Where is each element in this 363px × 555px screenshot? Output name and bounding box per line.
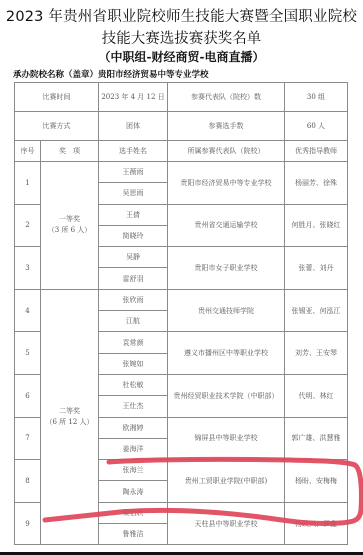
info-row-time: 比赛时间 2023 年 4 月 12 日 参赛代表队（院校）数 30 组 xyxy=(15,83,348,112)
row-no: 9 xyxy=(15,502,41,545)
student-name: 江航 xyxy=(99,311,168,332)
award-count: （6 所 12 人） xyxy=(41,417,98,428)
teams-value: 30 组 xyxy=(285,83,348,112)
col-header-students: 选手姓名 xyxy=(99,141,168,162)
column-header-row: 序号 奖 项 选手姓名 所属参赛代表队（院校） 优秀指导教师 xyxy=(15,141,348,162)
row-no: 4 xyxy=(15,289,41,332)
school-name: 贵州省交通运输学校 xyxy=(168,204,285,247)
col-header-no: 序号 xyxy=(15,141,41,162)
student-name: 欧湘婷 xyxy=(99,417,168,438)
teacher-names: 杨丽芳、徐殊 xyxy=(285,162,348,205)
host-school-label: 承办院校名称（盖章）贵阳市经济贸易中等专业学校 xyxy=(13,68,209,80)
student-name: 吴思雨 xyxy=(99,183,168,204)
players-label: 参赛选手数 xyxy=(168,112,285,141)
mode-value: 团体 xyxy=(99,112,168,141)
award-first-prize: 一等奖 （3 所 6 人） xyxy=(41,162,99,290)
student-name: 袁常颜 xyxy=(99,332,168,353)
student-name: 王仕杰 xyxy=(99,396,168,417)
student-name: 雷舒羽 xyxy=(99,268,168,289)
student-name: 梁怡欣 xyxy=(99,502,168,523)
teacher-names: 杨政兴、罗鑫 xyxy=(285,502,348,545)
award-second-prize: 二等奖 （6 所 12 人） xyxy=(41,289,99,545)
teacher-names: 郭广雄、洪慧雅 xyxy=(285,417,348,460)
document-title-line1: 2023 年贵州省职业院校师生技能大赛暨全国职业院校 xyxy=(0,5,363,26)
student-name: 姜海洋 xyxy=(99,438,168,459)
col-header-teachers: 优秀指导教师 xyxy=(285,141,348,162)
row-no: 2 xyxy=(15,204,41,247)
time-label: 比赛时间 xyxy=(15,83,99,112)
school-name: 遵义市播州区中等职业学校 xyxy=(168,332,285,375)
school-name: 贵州工贸职业学院(中职部) xyxy=(168,460,285,503)
teacher-names: 张锡亚、何泓江 xyxy=(285,289,348,332)
col-header-school: 所属参赛代表队（院校） xyxy=(168,141,285,162)
student-name: 简晓玲 xyxy=(99,225,168,246)
row-no: 8 xyxy=(15,460,41,503)
student-name: 王薇雨 xyxy=(99,162,168,183)
student-name: 鲁雅洁 xyxy=(99,524,168,545)
student-name: 张欣雨 xyxy=(99,289,168,310)
players-value: 60 人 xyxy=(285,112,348,141)
school-name: 贵阳市女子职业学校 xyxy=(168,247,285,290)
school-name: 天柱县中等职业学校 xyxy=(168,502,285,545)
award-name: 二等奖 xyxy=(41,406,98,417)
student-name: 张海兰 xyxy=(99,460,168,481)
awards-table: 比赛时间 2023 年 4 月 12 日 参赛代表队（院校）数 30 组 比赛方… xyxy=(14,82,348,545)
student-name: 杜松敏 xyxy=(99,374,168,395)
col-header-award: 奖 项 xyxy=(41,141,99,162)
teacher-names: 张蕾、刘丹 xyxy=(285,247,348,290)
school-name: 锦屏县中等职业学校 xyxy=(168,417,285,460)
document-subtitle: （中职组-财经商贸-电商直播） xyxy=(0,48,363,65)
school-name: 贵州经贸职业技术学院（中职部） xyxy=(168,374,285,417)
award-count: （3 所 6 人） xyxy=(41,225,98,236)
info-row-mode: 比赛方式 团体 参赛选手数 60 人 xyxy=(15,112,348,141)
student-name: 张婉如 xyxy=(99,353,168,374)
student-name: 吴静 xyxy=(99,247,168,268)
student-name: 王倩 xyxy=(99,204,168,225)
award-name: 一等奖 xyxy=(41,214,98,225)
teacher-names: 杨盼、安梅梅 xyxy=(285,460,348,503)
teacher-names: 刘芳、王安琴 xyxy=(285,332,348,375)
teacher-names: 何胜月、张晓红 xyxy=(285,204,348,247)
row-no: 7 xyxy=(15,417,41,460)
time-value: 2023 年 4 月 12 日 xyxy=(99,83,168,112)
mode-label: 比赛方式 xyxy=(15,112,99,141)
row-no: 3 xyxy=(15,247,41,290)
school-name: 贵州交通技师学院 xyxy=(168,289,285,332)
row-no: 6 xyxy=(15,374,41,417)
row-no: 5 xyxy=(15,332,41,375)
teacher-names: 代明、林红 xyxy=(285,374,348,417)
school-name: 贵阳市经济贸易中等专业学校 xyxy=(168,162,285,205)
table-row: 4 二等奖 （6 所 12 人） 张欣雨 贵州交通技师学院 张锡亚、何泓江 xyxy=(15,289,348,310)
row-no: 1 xyxy=(15,162,41,205)
teams-label: 参赛代表队（院校）数 xyxy=(168,83,285,112)
document-title-line2: 技能大赛选拔赛获奖名单 xyxy=(0,27,363,48)
student-name: 陶永涛 xyxy=(99,481,168,502)
table-row: 1 一等奖 （3 所 6 人） 王薇雨 贵阳市经济贸易中等专业学校 杨丽芳、徐殊 xyxy=(15,162,348,183)
